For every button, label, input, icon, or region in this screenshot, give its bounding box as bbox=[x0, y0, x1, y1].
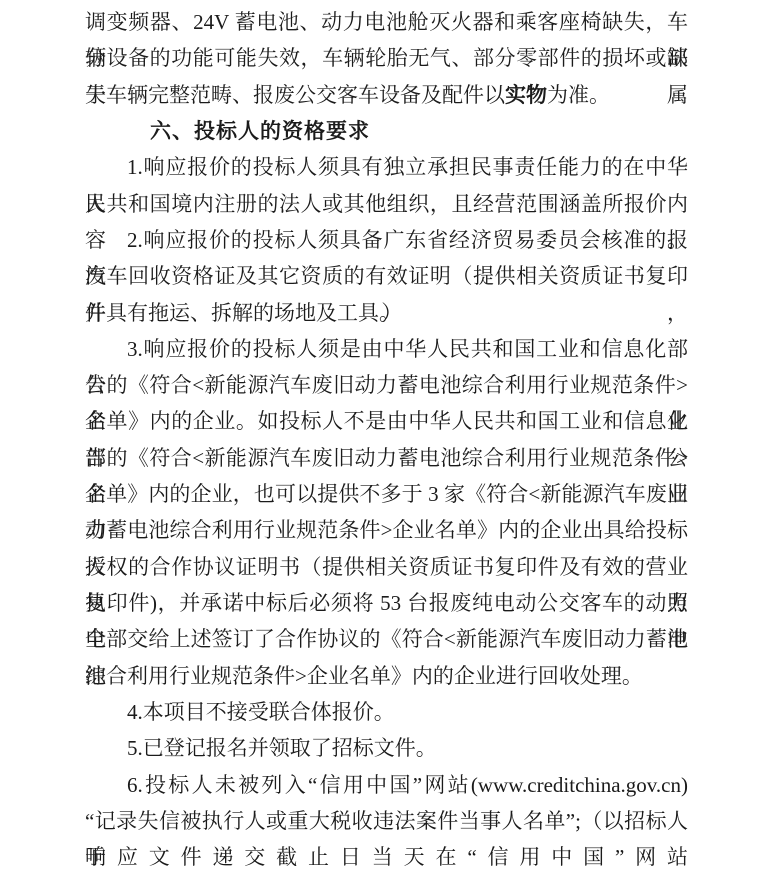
section-heading: 六、投标人的资格要求 bbox=[85, 113, 688, 149]
text-line-item-6: 6.投标人未被列入“信用中国”网站(www.creditchina.gov.cn… bbox=[85, 767, 688, 803]
text-line: 告的《符合<新能源汽车废旧动力蓄电池综合利用行业规范条件>企业 bbox=[85, 367, 688, 403]
document-text-block: 调变频器、24V 蓄电池、动力电池舱灭火器和乘客座椅缺失，车辆部 分设备的功能可… bbox=[85, 4, 688, 873]
text-line: 告的《符合<新能源汽车废旧动力蓄电池综合利用行业规范条件>企业 bbox=[85, 440, 688, 476]
text-line: 汽车回收资格证及其它资质的有效证明（提供相关资质证书复印件）， bbox=[85, 258, 688, 294]
text-line: 于车辆完整范畴、报废公交客车设备及配件以实物为准。 bbox=[85, 77, 688, 113]
text-line-item-3: 3.响应报价的投标人须是由中华人民共和国工业和信息化部公 bbox=[85, 331, 688, 367]
text-segment: 为准。 bbox=[547, 83, 610, 107]
text-line: 全部交给上述签订了合作协议的《符合<新能源汽车废旧动力蓄电池 bbox=[85, 621, 688, 657]
text-line: 调变频器、24V 蓄电池、动力电池舱灭火器和乘客座椅缺失，车辆部 bbox=[85, 4, 688, 40]
text-line: 授权的合作协议证明书（提供相关资质证书复印件及有效的营业执照 bbox=[85, 549, 688, 585]
text-line: 名单》内的企业。如投标人不是由中华人民共和国工业和信息化部公 bbox=[85, 403, 688, 439]
text-line: 分设备的功能可能失效，车辆轮胎无气、部分零部件的损坏或缺失属 bbox=[85, 40, 688, 76]
text-line: 复印件)，并承诺中标后必须将 53 台报废纯电动公交客车的动力电池 bbox=[85, 585, 688, 621]
document-page: 调变频器、24V 蓄电池、动力电池舱灭火器和乘客座椅缺失，车辆部 分设备的功能可… bbox=[0, 0, 771, 873]
emphasized-text: 实物 bbox=[505, 83, 547, 107]
text-line: “记录失信被执行人或重大税收违法案件当事人名单”;（以招标人于 bbox=[85, 803, 688, 839]
text-segment: 于车辆完整范畴、报废公交客车设备及配件以 bbox=[85, 83, 505, 107]
text-line: 力蓄电池综合利用行业规范条件>企业名单》内的企业出具给投标人 bbox=[85, 512, 688, 548]
text-line-item-2: 2.响应报价的投标人须具备广东省经济贸易委员会核准的报废 bbox=[85, 222, 688, 258]
text-line-stretched: 响应文件递交截止日当天在“信用中国”网站 bbox=[85, 839, 688, 873]
text-line-item-4: 4.本项目不接受联合体报价。 bbox=[85, 694, 688, 730]
text-line: 名单》内的企业，也可以提供不多于 3 家《符合<新能源汽车废旧动 bbox=[85, 476, 688, 512]
text-line: 民共和国境内注册的法人或其他组织，且经营范围涵盖所报价内容。 bbox=[85, 186, 688, 222]
text-line-item-5: 5.已登记报名并领取了招标文件。 bbox=[85, 730, 688, 766]
text-line: 综合利用行业规范条件>企业名单》内的企业进行回收处理。 bbox=[85, 658, 688, 694]
text-line-item-1: 1.响应报价的投标人须具有独立承担民事责任能力的在中华人 bbox=[85, 149, 688, 185]
